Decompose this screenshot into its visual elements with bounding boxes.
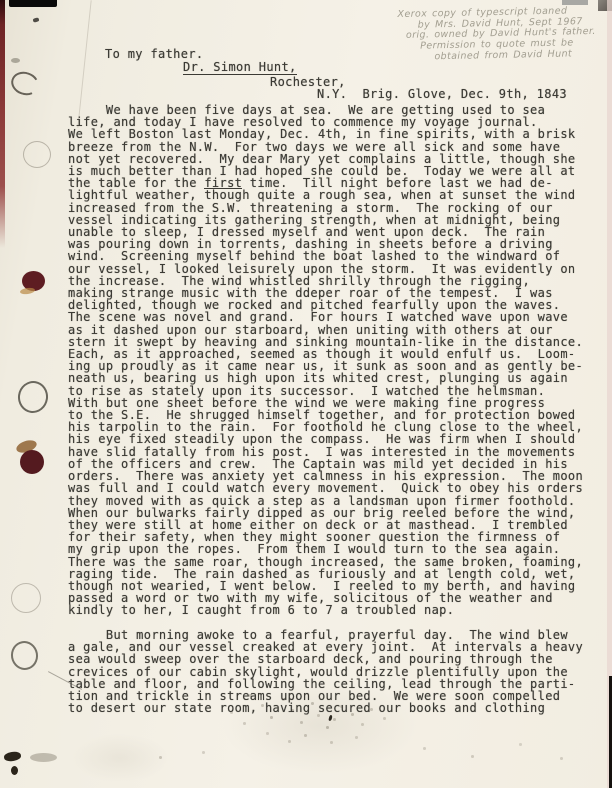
scan-artifact-top-bar bbox=[9, 0, 57, 7]
stray-ink-mark bbox=[328, 715, 332, 722]
punch-hole-outline-4 bbox=[11, 583, 41, 613]
annotation-line: obtained from David Hunt bbox=[434, 48, 572, 62]
handwritten-annotation: Xerox copy of typescript loaned by Mrs. … bbox=[389, 5, 600, 69]
pencil-fleck-top-left bbox=[11, 58, 20, 63]
binding-edge-red-strip bbox=[0, 0, 5, 248]
punch-hole-outline-3 bbox=[16, 379, 50, 415]
recipient-name: Dr. Simon Hunt, bbox=[183, 61, 297, 75]
dateline: N.Y. Brig. Glove, Dec. 9th, 1843 bbox=[317, 88, 567, 100]
punch-hole-outline-2 bbox=[23, 141, 51, 168]
punch-hole-outline-1 bbox=[8, 68, 42, 99]
ink-fleck-top-left bbox=[33, 17, 40, 22]
dust-speckles bbox=[0, 0, 1, 1]
grey-smudge-bottom-left bbox=[30, 753, 57, 762]
ink-blot-bottom-left bbox=[3, 751, 21, 762]
punch-hole-filled-2 bbox=[20, 450, 44, 474]
punch-hole-outline-5 bbox=[9, 639, 41, 672]
salutation: To my father. bbox=[105, 48, 203, 60]
underline-mark-first-word bbox=[204, 188, 242, 189]
scanned-letter-page: Xerox copy of typescript loaned by Mrs. … bbox=[0, 0, 612, 788]
stain-smudge-1 bbox=[20, 287, 36, 295]
scan-edge-right bbox=[607, 0, 612, 788]
letter-paragraph-2: But morning awoke to a fearful, prayerfu… bbox=[68, 629, 583, 714]
letter-paragraph-1: We have been five days at sea. We are ge… bbox=[68, 104, 583, 617]
ink-blot-bottom-left-2 bbox=[11, 766, 18, 775]
